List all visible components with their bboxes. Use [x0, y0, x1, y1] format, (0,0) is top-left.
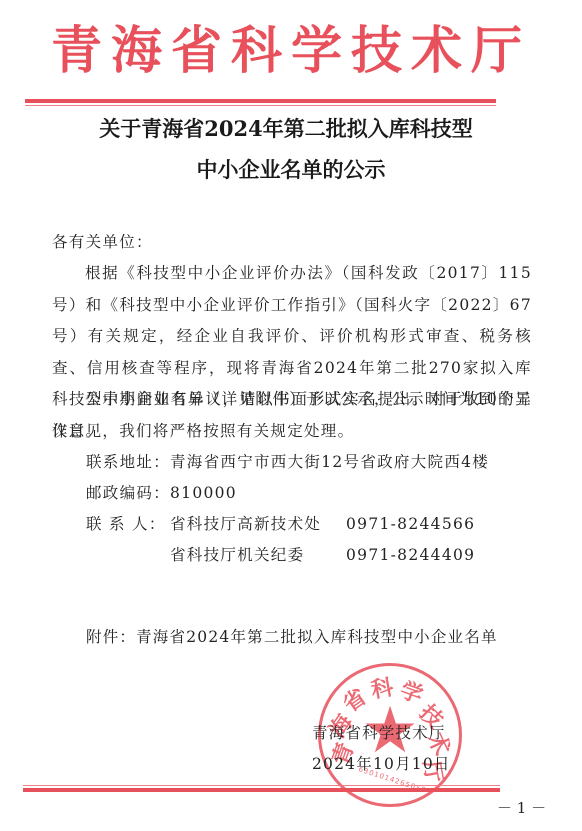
postcode-row: 邮政编码： 810000: [86, 478, 489, 509]
body-paragraph-2: 公示期间如有异议，请以书面形式实名提出。对于收到的异议意见，我们将严格按照有关规…: [52, 384, 532, 447]
address-row: 联系地址： 青海省西宁市西大街12号省政府大院西4楼: [86, 447, 489, 478]
postcode-value: 810000: [170, 478, 237, 509]
signature-organization: 青海省科学技术厅: [312, 718, 446, 749]
header-divider: [25, 99, 496, 106]
divider-thick-line: [25, 99, 496, 103]
address-value: 青海省西宁市西大街12号省政府大院西4楼: [170, 447, 489, 478]
salutation: 各有关单位：: [52, 227, 532, 259]
address-label: 联系地址：: [86, 447, 170, 478]
document-title-line-1: 关于青海省2024年第二批拟入库科技型: [0, 114, 577, 144]
contact-person-row-2: 省科技厅机关纪委 0971-8244409: [86, 540, 489, 571]
contact-person-row-1: 联 系 人： 省科技厅高新技术处 0971-8244566: [86, 509, 489, 540]
document-title-line-2: 中小企业名单的公示: [0, 155, 582, 185]
divider-thin-line: [25, 105, 496, 106]
page-number: － 1 －: [497, 797, 546, 818]
divider-thick-line: [23, 788, 500, 792]
contact-info: 联系地址： 青海省西宁市西大街12号省政府大院西4楼 邮政编码： 810000 …: [86, 447, 489, 571]
contact-org: 省科技厅机关纪委: [170, 540, 346, 571]
divider-thin-line: [23, 785, 500, 786]
contact-phone: 0971-8244566: [346, 509, 475, 540]
contact-phone: 0971-8244409: [346, 540, 475, 571]
postcode-label: 邮政编码：: [86, 478, 170, 509]
signature-date: 2024年10月10日: [312, 749, 451, 780]
attachment-note: 附件：青海省2024年第二批拟入库科技型中小企业名单: [86, 622, 498, 653]
contact-person-label: 联 系 人：: [86, 509, 170, 540]
contact-org: 省科技厅高新技术处: [170, 509, 346, 540]
footer-divider: [23, 785, 500, 792]
organization-header: 青海省科学技术厅: [0, 22, 582, 82]
